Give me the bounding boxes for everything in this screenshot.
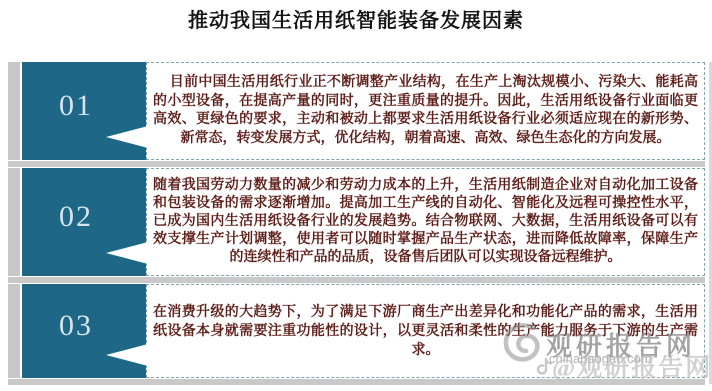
infographic-canvas: 推动我国生活用纸智能装备发展因素 01 目前中国生活用纸行业正不断调整产业结构，… [0,0,712,391]
factor-number-2: 02 [59,200,93,234]
factor-text-2: 随着我国劳动力数量的减少和劳动力成本的上升，生活用纸制造企业对自动化加工设备和包… [153,177,698,267]
row-shadow-strip [8,284,20,378]
factor-row-2: 02 随着我国劳动力数量的减少和劳动力成本的上升，生活用纸制造企业对自动化加工设… [8,168,705,276]
factor-number-block-3: 03 [22,284,146,378]
factor-number-3: 03 [59,309,93,343]
page-title: 推动我国生活用纸智能装备发展因素 [0,0,712,33]
factor-text-box-1: 目前中国生活用纸行业正不断调整产业结构，在生产上淘汰规模小、污染大、能耗高的小型… [146,62,705,160]
factor-text-1: 目前中国生活用纸行业正不断调整产业结构，在生产上淘汰规模小、污染大、能耗高的小型… [153,74,698,148]
factor-number-block-1: 01 [22,62,146,160]
factor-number-1: 01 [59,89,93,123]
row-separator [8,161,705,167]
factor-text-box-2: 随着我国劳动力数量的减少和劳动力成本的上升，生活用纸制造企业对自动化加工设备和包… [146,168,705,276]
factor-number-block-2: 02 [22,168,146,276]
douyin-note-icon [536,357,552,382]
watermark-handle: @观研报告网 [536,348,712,384]
factor-row-1: 01 目前中国生活用纸行业正不断调整产业结构，在生产上淘汰规模小、污染大、能耗高… [8,62,705,160]
watermark-handle-text: @观研报告网 [552,348,712,384]
row-shadow-strip [8,168,20,276]
row-separator [8,277,705,283]
row-shadow-strip [8,62,20,160]
